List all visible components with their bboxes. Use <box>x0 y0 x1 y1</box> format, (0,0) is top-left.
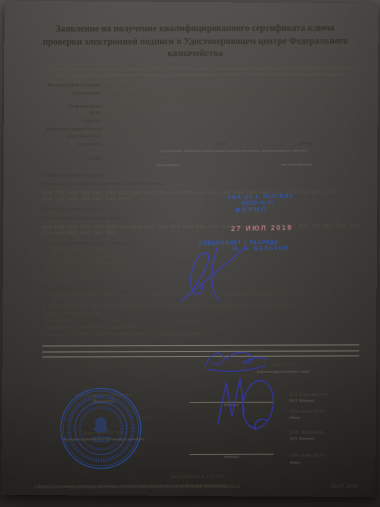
round-organization-seal <box>58 385 145 472</box>
passport-doc-name: Паспорт гражданина РФ <box>134 142 184 149</box>
sign2-name-stack: Д.Ю. Щербинин (И.О. Фамилия) «26» июня 2… <box>286 431 364 466</box>
passport-series-label: серия <box>215 141 227 147</box>
email-label: Адрес электронной почты владельца СКП: <box>29 128 106 141</box>
org-label: Организация: <box>28 91 105 103</box>
issued-values: 30.12.2004 (дата выдачи) 632-014 (код по… <box>106 156 363 170</box>
footer-date: 26.07.2018 <box>331 484 358 490</box>
public-key-algo-line: Алгоритм открытого ключа: ГОСТ Р 34.10-2… <box>42 172 363 179</box>
issued-code-caption: (код подразделения) <box>281 162 312 166</box>
passport-value: Паспорт гражданина РФ серия 4604 номер 8… <box>106 141 363 148</box>
snils-label: СНИЛС: <box>28 120 105 127</box>
fio-label: Фамилия Имя Отчество: <box>28 83 105 90</box>
sign2-signature-line <box>190 445 274 455</box>
date-stamp: 27 ИЮЛ 2018 <box>231 225 293 233</box>
uc-caption-columns: (должность) (подпись) (Фамилия И.О.) <box>38 492 356 497</box>
request-sig-algo-label: Алгоритм подписи запроса: <box>42 207 102 212</box>
uc-signature-line <box>156 493 242 497</box>
sig-print-hex-line1: 32A0 E4AB 248C 07EE 4A63 028D 3496 894B … <box>42 223 363 230</box>
uc-section-title: Заполняется в УЦ ФК <box>30 473 364 481</box>
handwritten-signature-large <box>171 242 257 307</box>
suspend-label: Информация для приостановления СКП: <box>29 363 213 376</box>
key-print-hex-line1: 0440 7561 44AE D869 EBF3 D6D3 B622 1695 … <box>42 189 363 196</box>
sign1-name-caption: (И.О. Фамилия) <box>289 398 363 403</box>
department-value: Аутентификация клиента (1.3.6.1.5.5.7.3.… <box>105 103 362 110</box>
email-value: pervushka83@gmail.ru <box>106 127 363 141</box>
blank-line-1 <box>42 345 359 347</box>
sign2-date-caption: (дата) <box>290 460 364 465</box>
print-footer: https://fzs.roskazna.ru/public/requests/… <box>34 484 358 491</box>
issued-date: 30.12.2004 <box>157 156 179 161</box>
passport-number-label: номер <box>300 141 313 147</box>
org-value: ФЕДЕРАЛЬНОЕ ГОСУДАРСТВЕННОЕ БЮДЖЕТНОЕ УЧ… <box>105 90 362 102</box>
sign1-date-caption: (дата) <box>290 416 364 421</box>
public-key-algo-value: ГОСТ Р 34.10-2001 (512 бит) <box>109 173 168 178</box>
passport-label: предъявлен <box>29 142 106 149</box>
inn-value: 504217841120 <box>105 111 362 118</box>
field-row-email: Адрес электронной почты владельца СКП: p… <box>29 127 363 141</box>
key-print-hex-line2: F19B C6BF 87F1 7B06 6697 33FD B7F6 <box>42 195 363 202</box>
issued-date-caption: (дата выдачи) <box>156 163 179 167</box>
issued-label: выдан <box>29 157 106 170</box>
ufk-rectangular-stamp: УФК по г. МОСКВЕ ОКПО № 11 ВЕРНО <box>227 193 294 214</box>
fio-value: Горелковская Ольга Александровна <box>105 82 362 89</box>
snils-value: 13664773085 <box>105 119 362 126</box>
uc-col-name: (Фамилия И.О.) <box>252 492 356 497</box>
passport-series-value: 4604 <box>259 141 269 147</box>
mp-seal-mark: М.П. <box>142 416 154 422</box>
field-row-inn: ИНН: 504217841120 <box>28 111 362 118</box>
request-sig-algo-line: Алгоритм подписи запроса: ГОСТ Р 34.11/3… <box>42 206 363 213</box>
sign2-name: Д.Ю. Щербинин <box>290 431 324 436</box>
issued-row: выдан 30.12.2004 (дата выдачи) 632-014 (… <box>29 156 363 170</box>
field-row-org: Организация: ФЕДЕРАЛЬНОЕ ГОСУДАРСТВЕННОЕ… <box>28 90 362 103</box>
passport-number-value: 898675 <box>344 141 358 147</box>
passport-row: предъявлен Паспорт гражданина РФ серия 4… <box>29 141 363 148</box>
handwritten-signature-row2 <box>206 370 284 436</box>
sign1-name-stack: О.А. Горелковская (И.О. Фамилия) «26» ию… <box>285 392 363 421</box>
inn-label: ИНН: <box>28 112 105 119</box>
usage-label: Область использования ключа проверки ЭП: <box>42 241 141 246</box>
request-sig-algo-value: ГОСТ Р 34.11/34.10-2001 <box>106 207 157 212</box>
sign1-name: О.А. Горелковская <box>289 392 327 397</box>
document-page: Заявление на получение квалифицированног… <box>1 1 378 497</box>
sig-print-hex-line2: 0349 A86B DE82 BA23 8002 9B2C <box>42 229 363 236</box>
sign2-sign-caption: (подпись) <box>224 455 239 459</box>
department-label: Подразделение: <box>28 104 105 111</box>
footer-url: https://fzs.roskazna.ru/public/requests/… <box>34 484 240 490</box>
public-key-algo-label: Алгоритм открытого ключа: <box>42 173 105 178</box>
key-print-label: Распечатка значения ключа проверки ЭП по… <box>42 182 165 187</box>
page-title: Заявление на получение квалифицированног… <box>38 21 352 60</box>
issued-code: 632-014 <box>288 156 304 161</box>
suspend-row: Информация для приостановления СКП: лунн… <box>29 363 363 377</box>
sign2-name-caption: (И.О. Фамилия) <box>290 437 364 442</box>
extra-item-4: - ограничения на использование квалифици… <box>44 331 363 339</box>
uc-name-line <box>252 492 356 497</box>
field-row-snils: СНИЛС: 13664773085 <box>28 119 362 126</box>
uc-col-position: (должность) <box>38 493 146 497</box>
uc-position-line <box>38 493 146 497</box>
field-row-department: Подразделение: Аутентификация клиента (1… <box>28 103 362 110</box>
sig-print-heading: Распечатка значения подписи запроса: <box>42 216 363 223</box>
photo-background: Заявление на получение квалифицированног… <box>0 0 380 507</box>
suspend-keyphrase: лунный свет <box>270 363 296 368</box>
issued-date-stack: 30.12.2004 (дата выдачи) <box>156 156 179 169</box>
purpose-label: Назначение сертификата: <box>42 286 98 291</box>
uc-col-signature: (подпись) <box>156 493 242 497</box>
sig-print-label: Распечатка значения подписи запроса: <box>42 217 126 222</box>
field-row-fio: Фамилия Имя Отчество: Горелковская Ольга… <box>28 82 362 89</box>
key-print-heading: Распечатка значения ключа проверки ЭП по… <box>42 182 363 189</box>
intro-paragraph: На основании договора присоединения (сог… <box>40 65 358 78</box>
passport-caption: (наименование документа, серия и номер о… <box>105 149 363 155</box>
issued-code-stack: 632-014 (код подразделения) <box>281 156 312 169</box>
